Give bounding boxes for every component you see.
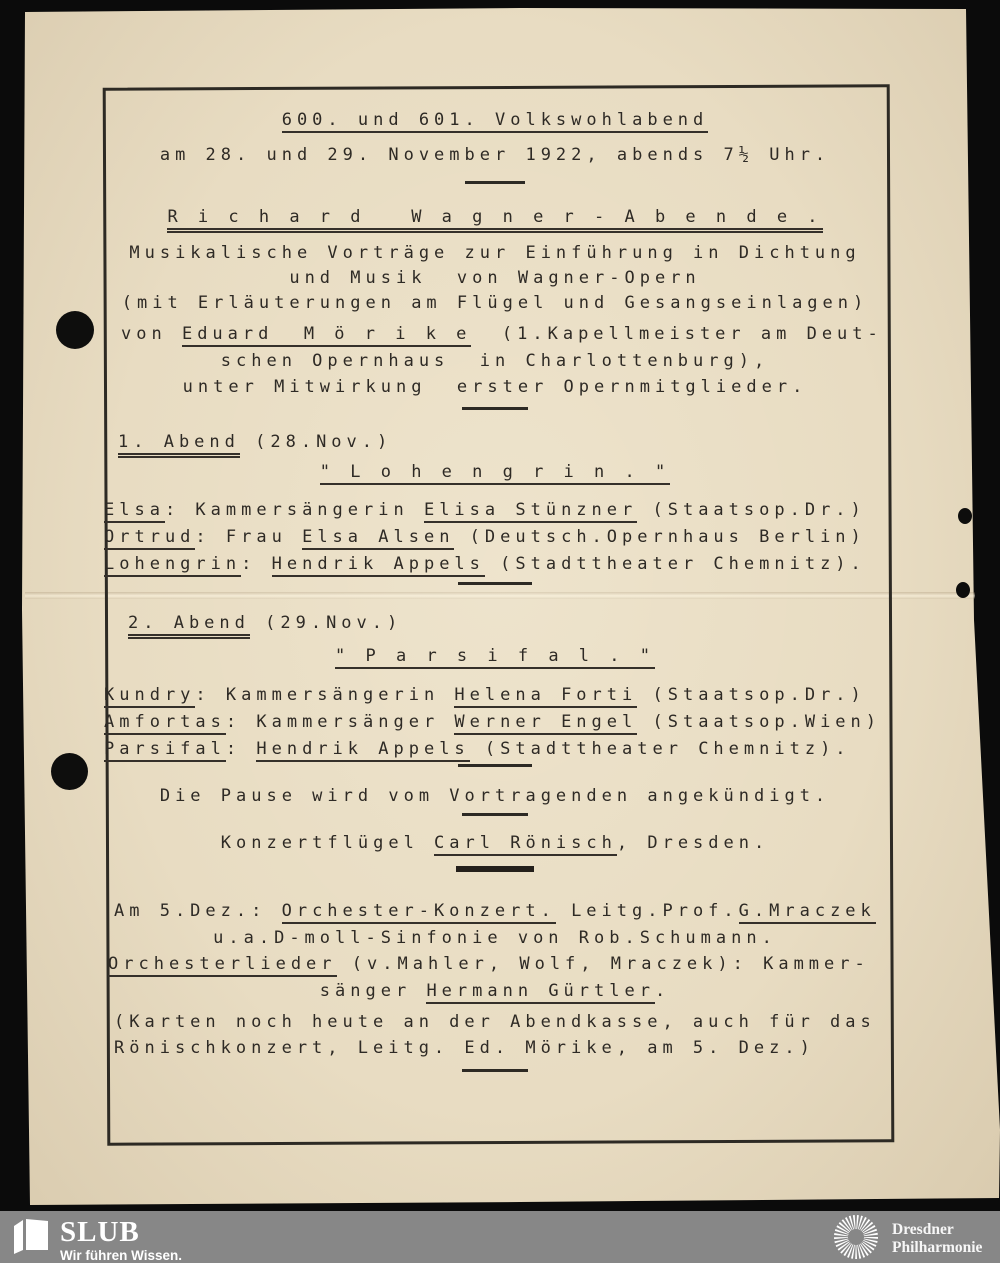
morike-line-2: schen Opernhaus in Charlottenburg),	[100, 349, 890, 373]
slub-wordmark: SLUB	[60, 1217, 182, 1247]
program-content: 600. und 601. Volkswohlabend am 28. und …	[100, 0, 890, 1200]
slub-tagline: Wir führen Wissen.	[60, 1248, 182, 1263]
cast-line-ortrud: Ortrud: Frau Elsa Alsen (Deutsch.Opernha…	[100, 525, 894, 549]
opera-title-parsifal: " P a r s i f a l . "	[335, 646, 655, 669]
title-line: 600. und 601. Volkswohlabend	[100, 108, 890, 132]
dezember-line-1: Am 5.Dez.: Orchester-Konzert. Leitg.Prof…	[100, 899, 904, 923]
intro-line-2: und Musik von Wagner-Opern	[100, 266, 890, 290]
footer-banner: SLUB Wir führen Wissen. Dresdner Philhar…	[0, 1211, 1000, 1263]
cast-line-elsa: Elsa: Kammersängerin Elisa Stünzner (Sta…	[100, 498, 894, 522]
morike-line-3: unter Mitwirkung erster Opernmitglieder.	[100, 375, 890, 399]
section-rule-7	[462, 1069, 528, 1072]
edge-notch-2	[956, 582, 970, 598]
slub-logo-group: SLUB Wir führen Wissen.	[12, 1217, 182, 1263]
philharmonie-name-line1: Dresdner	[892, 1221, 982, 1239]
concert-title: Orchester-Konzert.	[282, 901, 556, 924]
screenshot-root: { "colors": { "paper": "#e8dcc2", "ink":…	[0, 0, 1000, 1263]
punch-hole-bottom	[51, 753, 88, 790]
date-line: am 28. und 29. November 1922, abends 7½ …	[100, 143, 890, 167]
singer-name: Hermann Gürtler	[426, 981, 655, 1004]
slub-book-icon	[12, 1217, 50, 1263]
lohengrin-title-line: " L o h e n g r i n . "	[100, 460, 890, 484]
konzertfluegel-line: Konzertflügel Carl Rönisch, Dresden.	[100, 831, 890, 855]
program-title: 600. und 601. Volkswohlabend	[282, 110, 709, 133]
parsifal-title-line: " P a r s i f a l . "	[100, 644, 890, 668]
intro-line-1: Musikalische Vorträge zur Einführung in …	[100, 241, 890, 265]
conductor-name: G.Mraczek	[739, 901, 876, 924]
dezember-line-2: u.a.D-moll-Sinfonie von Rob.Schumann.	[100, 926, 890, 950]
cast-line-lohengrin: Lohengrin: Hendrik Appels (Stadttheater …	[100, 552, 894, 576]
section-rule-3	[458, 582, 532, 585]
section-rule-1	[465, 181, 525, 184]
lecturer-name: Eduard M ö r i k e	[182, 324, 471, 347]
pause-line: Die Pause wird vom Vortragenden angekünd…	[100, 784, 890, 808]
morike-line-1: von Eduard M ö r i k e (1.Kapellmeister …	[100, 322, 911, 346]
section-rule-4	[458, 764, 532, 767]
abend-1-heading: 1. Abend (28.Nov.)	[100, 430, 908, 454]
abend-2-heading: 2. Abend (29.Nov.)	[100, 611, 918, 635]
punch-hole-top	[56, 311, 94, 349]
section-rule-5	[462, 813, 528, 816]
cast-line-amfortas: Amfortas: Kammersänger Werner Engel (Sta…	[100, 710, 894, 734]
dezember-line-3: Orchesterlieder (v.Mahler, Wolf, Mraczek…	[100, 952, 898, 976]
karten-line-1: (Karten noch heute an der Abendkasse, au…	[100, 1010, 904, 1034]
philharmonie-sunburst-icon	[832, 1213, 880, 1263]
karten-line-2: Rönischkonzert, Leitg. Ed. Mörike, am 5.…	[100, 1036, 904, 1060]
section-rule-6	[456, 866, 534, 872]
cast-line-kundry: Kundry: Kammersängerin Helena Forti (Sta…	[100, 683, 894, 707]
philharmonie-name-line2: Philharmonie	[892, 1239, 982, 1257]
piano-brand: Carl Rönisch	[434, 833, 617, 856]
edge-notch-1	[958, 508, 972, 524]
heading-line: R i c h a r d W a g n e r - A b e n d e …	[100, 205, 890, 229]
section-rule-2	[462, 407, 528, 410]
dezember-line-4: sänger Hermann Gürtler.	[100, 979, 890, 1003]
philharmonie-logo-group: Dresdner Philharmonie	[832, 1213, 982, 1263]
program-heading: R i c h a r d W a g n e r - A b e n d e …	[167, 207, 822, 233]
intro-line-3: (mit Erläuterungen am Flügel und Gesangs…	[100, 291, 890, 315]
opera-title-lohengrin: " L o h e n g r i n . "	[320, 462, 670, 485]
cast-line-parsifal: Parsifal: Hendrik Appels (Stadttheater C…	[100, 737, 894, 761]
